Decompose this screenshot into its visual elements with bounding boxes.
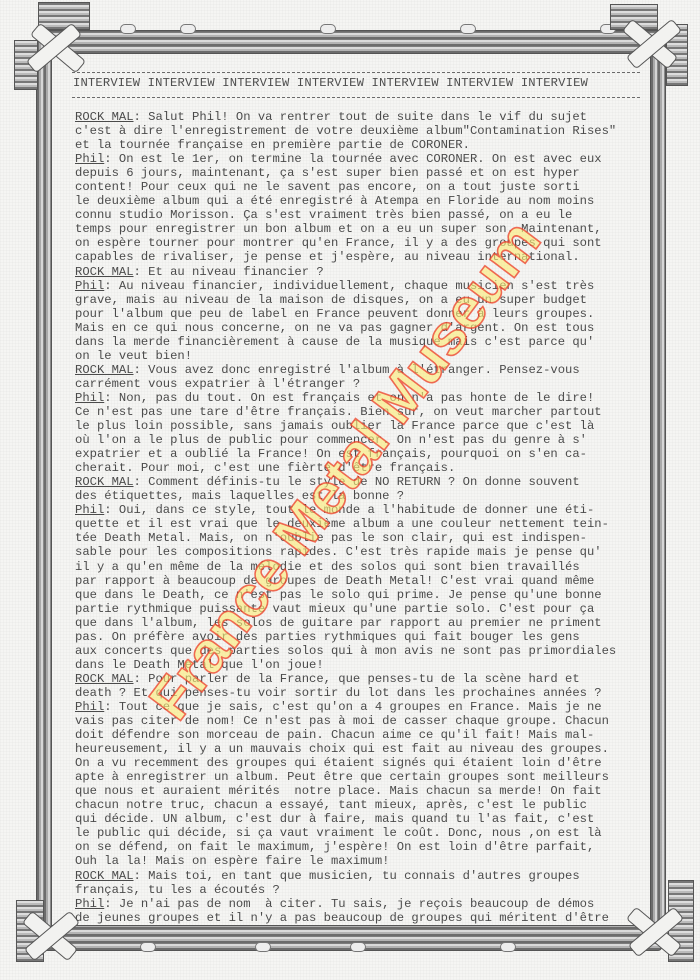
speaker-label: Phil bbox=[75, 897, 104, 911]
text-line: Ouh la la! Mais on espère faire le maxim… bbox=[75, 854, 645, 868]
text-line: on se défend, on fait le maximum, j'espè… bbox=[75, 840, 645, 854]
dialogue-line-phil: Phil: On est le 1er, on termine la tourn… bbox=[75, 152, 645, 166]
dialogue-line-rock-mal: ROCK MAL: Pour parler de la France, que … bbox=[75, 672, 645, 686]
speaker-label: Phil bbox=[75, 503, 104, 517]
speaker-label: ROCK MAL bbox=[75, 265, 134, 279]
line-text: : Non, pas du tout. On est français et o… bbox=[104, 391, 594, 405]
text-line: dans la merde financièrement à cause de … bbox=[75, 335, 645, 349]
border-log-top bbox=[40, 30, 662, 54]
text-line: il y a qu'en même de la mélodie et des s… bbox=[75, 560, 645, 574]
border-log-right bbox=[650, 40, 666, 942]
text-line: capables de rivaliser, je pense et j'esp… bbox=[75, 250, 645, 264]
line-text: death ? Et qui penses-tu voir sortir du … bbox=[75, 686, 602, 700]
line-text: par rapport à beaucoup de groupes de Dea… bbox=[75, 574, 594, 588]
line-text: : Et au niveau financier ? bbox=[134, 265, 324, 279]
line-text: tée Death Metal. Mais, on n'oublie pas l… bbox=[75, 531, 587, 545]
scanned-page: INTERVIEW INTERVIEW INTERVIEW INTERVIEW … bbox=[0, 0, 700, 980]
text-line: par rapport à beaucoup de groupes de Dea… bbox=[75, 574, 645, 588]
line-text: et la tournée française en première part… bbox=[75, 138, 470, 152]
dialogue-line-rock-mal: ROCK MAL: Vous avez donc enregistré l'al… bbox=[75, 363, 645, 377]
line-text: : Je n'ai pas de nom à citer. Tu sais, j… bbox=[104, 897, 594, 911]
line-text: : Oui, dans ce style, tout le monde a l'… bbox=[104, 503, 594, 517]
text-line: le plus loin possible, sans jamais oubli… bbox=[75, 419, 645, 433]
line-text: on le veut bien! bbox=[75, 349, 192, 363]
header-rule-bottom bbox=[72, 97, 640, 98]
line-text: que dans l'album, les solos de guitare p… bbox=[75, 616, 602, 630]
line-text: le deuxième album qui a été enregistré à… bbox=[75, 194, 594, 208]
line-text: : Comment définis-tu le style de NO RETU… bbox=[134, 475, 580, 489]
dialogue-line-rock-mal: ROCK MAL: Mais toi, en tant que musicien… bbox=[75, 869, 645, 883]
text-line: que dans l'album, les solos de guitare p… bbox=[75, 616, 645, 630]
text-line: chacun notre truc, chacun a essayé, tant… bbox=[75, 798, 645, 812]
log-knot-icon bbox=[180, 24, 196, 34]
log-knot-icon bbox=[140, 942, 156, 952]
line-text: chacun notre truc, chacun a essayé, tant… bbox=[75, 798, 587, 812]
line-text: Mais en ce qui nous concerne, on ne va p… bbox=[75, 321, 594, 335]
log-knot-icon bbox=[500, 942, 516, 952]
line-text: : Pour parler de la France, que penses-t… bbox=[134, 672, 580, 686]
line-text: apte à enregistrer un album. Peut être q… bbox=[75, 770, 609, 784]
text-line: connu studio Morisson. Ça s'est vraiment… bbox=[75, 208, 645, 222]
text-line: français, tu les a écoutés ? bbox=[75, 883, 645, 897]
line-text: : Vous avez donc enregistré l'album à l'… bbox=[134, 363, 580, 377]
line-text: partie rythmique puissante vaut mieux qu… bbox=[75, 602, 594, 616]
log-knot-icon bbox=[255, 942, 271, 952]
line-text: pas. On préfère avoir des parties rythmi… bbox=[75, 630, 580, 644]
line-text: aux concerts que des parties solos qui à… bbox=[75, 644, 616, 658]
text-line: death ? Et qui penses-tu voir sortir du … bbox=[75, 686, 645, 700]
text-line: dans le Death Metal que l'on joue! bbox=[75, 658, 645, 672]
speaker-label: ROCK MAL bbox=[75, 110, 134, 124]
line-text: content! Pour ceux qui ne le savent pas … bbox=[75, 180, 580, 194]
line-text: que nous et auraient mérités notre place… bbox=[75, 784, 602, 798]
text-line: que dans le Death, ce n'est pas le solo … bbox=[75, 588, 645, 602]
text-line: tée Death Metal. Mais, on n'oublie pas l… bbox=[75, 531, 645, 545]
line-text: que dans le Death, ce n'est pas le solo … bbox=[75, 588, 602, 602]
speaker-label: Phil bbox=[75, 391, 104, 405]
log-knot-icon bbox=[460, 24, 476, 34]
text-line: On a vu recemment des groupes qui étaien… bbox=[75, 756, 645, 770]
text-line: des étiquettes, mais laquelles est la bo… bbox=[75, 489, 645, 503]
line-text: : Tout ce que je sais, c'est qu'on a 4 g… bbox=[104, 700, 601, 714]
text-line: pour l'album que peu de label en France … bbox=[75, 307, 645, 321]
text-line: de jeunes groupes et il n'y a pas beauco… bbox=[75, 911, 645, 925]
line-text: français, tu les a écoutés ? bbox=[75, 883, 280, 897]
dialogue-line-rock-mal: ROCK MAL: Et au niveau financier ? bbox=[75, 265, 645, 279]
line-text: où l'on a le plus de public pour commenc… bbox=[75, 433, 587, 447]
line-text: : Au niveau financier, individuellement,… bbox=[104, 279, 594, 293]
log-knot-icon bbox=[320, 24, 336, 34]
text-line: doit défendre son morceau de pain. Chacu… bbox=[75, 728, 645, 742]
line-text: vais pas citer de nom! Ce n'est pas à mo… bbox=[75, 714, 609, 728]
text-line: vais pas citer de nom! Ce n'est pas à mo… bbox=[75, 714, 645, 728]
text-line: que nous et auraient mérités notre place… bbox=[75, 784, 645, 798]
text-line: heureusement, il y a un mauvais choix qu… bbox=[75, 742, 645, 756]
speaker-label: Phil bbox=[75, 152, 104, 166]
line-text: : Salut Phil! On va rentrer tout de suit… bbox=[134, 110, 587, 124]
text-line: et la tournée française en première part… bbox=[75, 138, 645, 152]
dialogue-line-phil: Phil: Oui, dans ce style, tout le monde … bbox=[75, 503, 645, 517]
line-text: : On est le 1er, on termine la tournée a… bbox=[104, 152, 601, 166]
dialogue-line-phil: Phil: Au niveau financier, individuellem… bbox=[75, 279, 645, 293]
line-text: Ce n'est pas une tare d'être français. B… bbox=[75, 405, 602, 419]
dialogue-line-rock-mal: ROCK MAL: Salut Phil! On va rentrer tout… bbox=[75, 110, 645, 124]
line-text: le public qui décide, si ça vaut vraimen… bbox=[75, 826, 602, 840]
interview-body: ROCK MAL: Salut Phil! On va rentrer tout… bbox=[75, 110, 645, 925]
border-log-left bbox=[36, 40, 52, 942]
text-line: expatrier et a oublié la France! On est … bbox=[75, 447, 645, 461]
speaker-label: ROCK MAL bbox=[75, 475, 134, 489]
speaker-label: Phil bbox=[75, 279, 104, 293]
text-line: on espère tourner pour montrer qu'en Fra… bbox=[75, 236, 645, 250]
text-line: grave, mais au niveau de la maison de di… bbox=[75, 293, 645, 307]
dialogue-line-phil: Phil: Tout ce que je sais, c'est qu'on a… bbox=[75, 700, 645, 714]
line-text: doit défendre son morceau de pain. Chacu… bbox=[75, 728, 594, 742]
line-text: temps pour enregistrer un bon album et o… bbox=[75, 222, 602, 236]
text-line: depuis 6 jours, maintenant, ça s'est sup… bbox=[75, 166, 645, 180]
log-knot-icon bbox=[120, 24, 136, 34]
text-line: le deuxième album qui a été enregistré à… bbox=[75, 194, 645, 208]
line-text: On a vu recemment des groupes qui étaien… bbox=[75, 756, 602, 770]
line-text: dans la merde financièrement à cause de … bbox=[75, 335, 594, 349]
text-line: Mais en ce qui nous concerne, on ne va p… bbox=[75, 321, 645, 335]
line-text: il y a qu'en même de la mélodie et des s… bbox=[75, 560, 580, 574]
text-line: carrément vous expatrier à l'étranger ? bbox=[75, 377, 645, 391]
text-line: apte à enregistrer un album. Peut être q… bbox=[75, 770, 645, 784]
line-text: on espère tourner pour montrer qu'en Fra… bbox=[75, 236, 602, 250]
text-line: cherait. Pour moi, c'est une fièrté d'êt… bbox=[75, 461, 645, 475]
line-text: capables de rivaliser, je pense et j'esp… bbox=[75, 250, 580, 264]
text-line: content! Pour ceux qui ne le savent pas … bbox=[75, 180, 645, 194]
log-knot-icon bbox=[350, 942, 366, 952]
speaker-label: ROCK MAL bbox=[75, 869, 134, 883]
line-text: : Mais toi, en tant que musicien, tu con… bbox=[134, 869, 580, 883]
text-line: c'est à dire l'enregistrement de votre d… bbox=[75, 124, 645, 138]
line-text: dans le Death Metal que l'on joue! bbox=[75, 658, 324, 672]
line-text: Ouh la la! Mais on espère faire le maxim… bbox=[75, 854, 390, 868]
text-line: partie rythmique puissante vaut mieux qu… bbox=[75, 602, 645, 616]
text-line: Ce n'est pas une tare d'être français. B… bbox=[75, 405, 645, 419]
text-line: on le veut bien! bbox=[75, 349, 645, 363]
line-text: le plus loin possible, sans jamais oubli… bbox=[75, 419, 594, 433]
line-text: pour l'album que peu de label en France … bbox=[75, 307, 594, 321]
text-line: aux concerts que des parties solos qui à… bbox=[75, 644, 645, 658]
text-line: le public qui décide, si ça vaut vraimen… bbox=[75, 826, 645, 840]
line-text: cherait. Pour moi, c'est une fièrté d'êt… bbox=[75, 461, 455, 475]
text-line: où l'on a le plus de public pour commenc… bbox=[75, 433, 645, 447]
speaker-label: ROCK MAL bbox=[75, 363, 134, 377]
interview-header: INTERVIEW INTERVIEW INTERVIEW INTERVIEW … bbox=[73, 76, 643, 90]
line-text: c'est à dire l'enregistrement de votre d… bbox=[75, 124, 616, 138]
line-text: carrément vous expatrier à l'étranger ? bbox=[75, 377, 360, 391]
dialogue-line-phil: Phil: Je n'ai pas de nom à citer. Tu sai… bbox=[75, 897, 645, 911]
text-line: pas. On préfère avoir des parties rythmi… bbox=[75, 630, 645, 644]
header-rule-top bbox=[72, 72, 640, 73]
line-text: connu studio Morisson. Ça s'est vraiment… bbox=[75, 208, 572, 222]
speaker-label: ROCK MAL bbox=[75, 672, 134, 686]
line-text: quette et il est vrai que le deuxième al… bbox=[75, 517, 609, 531]
dialogue-line-rock-mal: ROCK MAL: Comment définis-tu le style de… bbox=[75, 475, 645, 489]
text-line: temps pour enregistrer un bon album et o… bbox=[75, 222, 645, 236]
line-text: des étiquettes, mais laquelles est la bo… bbox=[75, 489, 404, 503]
line-text: heureusement, il y a un mauvais choix qu… bbox=[75, 742, 609, 756]
text-line: sable pour les compositions rapides. C'e… bbox=[75, 545, 645, 559]
dialogue-line-phil: Phil: Non, pas du tout. On est français … bbox=[75, 391, 645, 405]
line-text: on se défend, on fait le maximum, j'espè… bbox=[75, 840, 594, 854]
line-text: de jeunes groupes et il n'y a pas beauco… bbox=[75, 911, 609, 925]
line-text: sable pour les compositions rapides. C'e… bbox=[75, 545, 602, 559]
line-text: depuis 6 jours, maintenant, ça s'est sup… bbox=[75, 166, 580, 180]
text-line: quette et il est vrai que le deuxième al… bbox=[75, 517, 645, 531]
line-text: grave, mais au niveau de la maison de di… bbox=[75, 293, 587, 307]
line-text: qui décide. UN album, c'est dur à faire,… bbox=[75, 812, 594, 826]
corner-post-top-left bbox=[38, 2, 90, 30]
speaker-label: Phil bbox=[75, 700, 104, 714]
line-text: expatrier et a oublié la France! On est … bbox=[75, 447, 587, 461]
text-line: qui décide. UN album, c'est dur à faire,… bbox=[75, 812, 645, 826]
